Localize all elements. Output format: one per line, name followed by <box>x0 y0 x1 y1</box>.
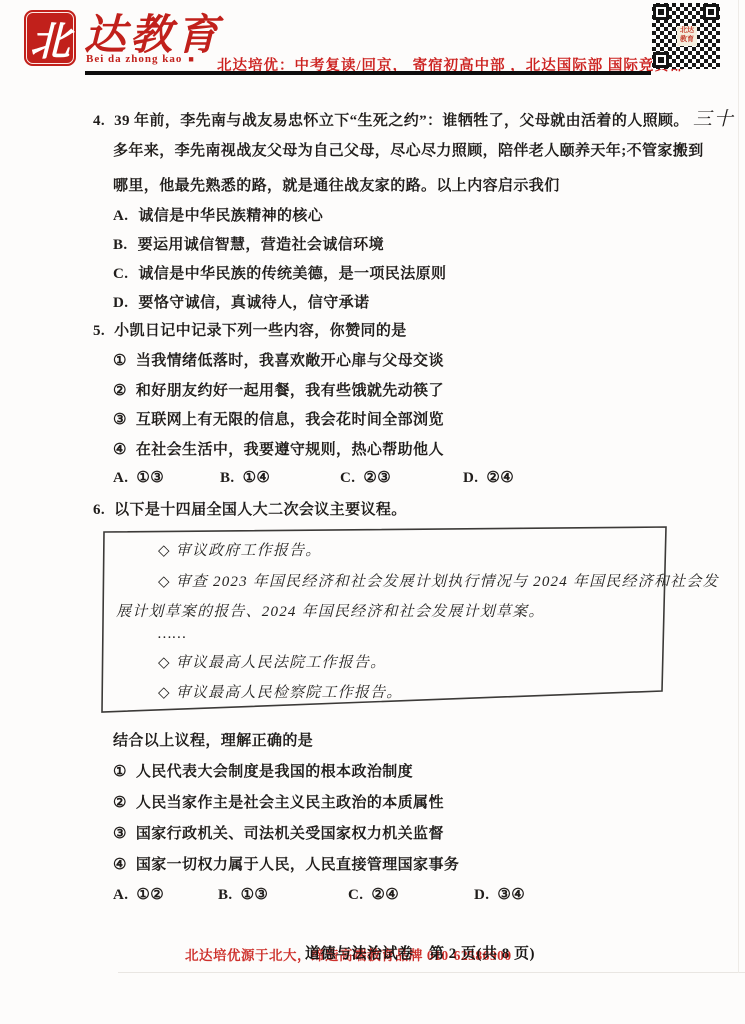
option-text: 要恪守诚信，真诚待人，信守承诺 <box>138 295 369 311</box>
scanned-exam-page: { "colors": { "brand_red": "#c1201b", "t… <box>0 0 745 1024</box>
question-4-stem-line-2: 多年来，李先南视战友父母为自己父母，尽心尽力照顾，陪伴老人颐养天年;不管家搬到 <box>113 139 704 160</box>
answer-choice-d: D.②④ <box>463 468 514 487</box>
circled-number: ③ <box>113 412 127 428</box>
option-label: B. <box>218 887 233 903</box>
circled-number: ④ <box>113 857 127 873</box>
circled-number: ② <box>113 383 127 399</box>
circled-number: ② <box>113 795 127 811</box>
option-text: ①③ <box>241 887 269 903</box>
option-text: 诚信是中华民族的传统美德，是一项民法原则 <box>138 266 446 282</box>
option-text: ①③ <box>136 470 164 486</box>
question-6-item-1: ①人民代表大会制度是我国的根本政治制度 <box>113 760 413 781</box>
agenda-line-4: ◇ 审议最高人民法院工作报告。 <box>158 651 386 672</box>
item-text: 在社会生活中，我要遵守规则，热心帮助他人 <box>136 442 444 458</box>
question-5-item-1: ①当我情绪低落时，我喜欢敞开心扉与父母交谈 <box>113 349 444 370</box>
option-text: ①② <box>136 887 164 903</box>
answer-choice-c: C.②④ <box>348 885 399 904</box>
question-5-item-4: ④在社会生活中，我要遵守规则，热心帮助他人 <box>113 438 444 459</box>
option-label: D. <box>113 295 128 311</box>
qr-center-logo: 北达教育 <box>677 26 697 46</box>
qr-finder-icon <box>653 4 669 20</box>
question-6-answer-row: A.①② B.①③ C.②④ D.③④ <box>113 885 673 907</box>
question-5-answer-row: A.①③ B.①④ C.②③ D.②④ <box>113 468 673 490</box>
option-label: A. <box>113 208 128 224</box>
circled-number: ③ <box>113 826 127 842</box>
question-number: 4. <box>93 113 105 129</box>
item-text: 人民当家作主是社会主义民主政治的本质属性 <box>136 795 444 811</box>
brand-seal-logo: 北 <box>24 10 76 66</box>
agenda-line-1: ◇ 审议政府工作报告。 <box>158 539 322 560</box>
answer-choice-b: B.①④ <box>220 468 270 487</box>
agenda-line-5: ◇ 审议最高人民检察院工作报告。 <box>158 681 403 702</box>
question-5-stem: 5.小凯日记中记录下列一些内容，你赞同的是 <box>93 319 407 340</box>
footer-page-number: 道德与法治试卷 第 2 页(共 8 页) <box>305 942 535 963</box>
stem-text: 小凯日记中记录下列一些内容，你赞同的是 <box>114 323 407 339</box>
question-4-option-b: B.要运用诚信智慧，营造社会诚信环境 <box>113 233 384 254</box>
agenda-box: ◇ 审议政府工作报告。 ◇ 审查 2023 年国民经济和社会发展计划执行情况与 … <box>100 524 669 716</box>
question-4-option-a: A.诚信是中华民族精神的核心 <box>113 204 323 225</box>
scan-edge <box>118 972 745 973</box>
option-label: C. <box>340 470 355 486</box>
item-text: 国家行政机关、司法机关受国家权力机关监督 <box>136 826 444 842</box>
option-text: ②③ <box>363 470 391 486</box>
header-divider <box>85 71 651 75</box>
option-label: A. <box>113 887 128 903</box>
question-6-stem: 6.以下是十四届全国人大二次会议主要议程。 <box>93 498 407 519</box>
item-text: 互联网上有无限的信息，我会花时间全部浏览 <box>136 412 444 428</box>
option-text: 诚信是中华民族精神的核心 <box>138 208 323 224</box>
qr-finder-icon <box>703 4 719 20</box>
circled-number: ① <box>113 764 127 780</box>
question-6-item-2: ②人民当家作主是社会主义民主政治的本质属性 <box>113 791 444 812</box>
option-label: D. <box>474 887 489 903</box>
option-label: A. <box>113 470 128 486</box>
answer-choice-b: B.①③ <box>218 885 268 904</box>
stem-text: 以下是十四届全国人大二次会议主要议程。 <box>114 502 407 518</box>
question-4-stem-line-3: 哪里，他最先熟悉的路，就是通往战友家的路。以上内容启示我们 <box>113 174 560 195</box>
answer-choice-d: D.③④ <box>474 885 525 904</box>
agenda-line-2: ◇ 审查 2023 年国民经济和社会发展计划执行情况与 2024 年国民经济和社… <box>158 570 719 591</box>
question-6-item-4: ④国家一切权力属于人民，人民直接管理国家事务 <box>113 853 459 874</box>
qr-code-icon: 北达教育 <box>652 3 720 69</box>
question-6-item-3: ③国家行政机关、司法机关受国家权力机关监督 <box>113 822 444 843</box>
answer-choice-a: A.①② <box>113 885 164 904</box>
agenda-ellipsis: …… <box>158 626 187 643</box>
question-number: 5. <box>93 323 105 339</box>
option-label: C. <box>113 266 128 282</box>
option-label: C. <box>348 887 363 903</box>
question-6-followup: 结合以上议程，理解正确的是 <box>113 729 313 750</box>
answer-choice-a: A.①③ <box>113 468 164 487</box>
item-text: 人民代表大会制度是我国的根本政治制度 <box>136 764 413 780</box>
circled-number: ④ <box>113 442 127 458</box>
option-text: ②④ <box>371 887 399 903</box>
seal-character: 北 <box>30 10 70 67</box>
question-number: 6. <box>93 502 105 518</box>
item-text: 当我情绪低落时，我喜欢敞开心扉与父母交谈 <box>136 353 444 369</box>
option-text: ②④ <box>486 470 514 486</box>
option-text: ①④ <box>243 470 271 486</box>
brand-subtitle: Bei da zhong kao■ <box>86 53 195 65</box>
item-text: 国家一切权力属于人民，人民直接管理国家事务 <box>136 857 459 873</box>
option-label: B. <box>220 470 235 486</box>
option-text: 要运用诚信智慧，营造社会诚信环境 <box>138 237 384 253</box>
option-label: D. <box>463 470 478 486</box>
answer-choice-c: C.②③ <box>340 468 391 487</box>
item-text: 和好朋友约好一起用餐，我有些饿就先动筷了 <box>136 383 444 399</box>
brand-subtitle-text: Bei da zhong kao <box>86 53 182 65</box>
question-4-option-d: D.要恪守诚信，真诚待人，信守承诺 <box>113 291 369 312</box>
question-5-item-2: ②和好朋友约好一起用餐，我有些饿就先动筷了 <box>113 379 444 400</box>
red-square-icon: ■ <box>188 54 194 64</box>
scan-edge <box>738 0 739 973</box>
question-4-option-c: C.诚信是中华民族的传统美德，是一项民法原则 <box>113 262 446 283</box>
question-4-stem-line-1: 4.39 年前，李先南与战友易忠怀立下“生死之约”：谁牺牲了，父母就由活着的人照… <box>93 104 735 131</box>
qr-finder-icon <box>653 52 669 68</box>
question-5-item-3: ③互联网上有无限的信息，我会花时间全部浏览 <box>113 408 444 429</box>
option-label: B. <box>113 237 128 253</box>
agenda-line-3: 展计划草案的报告、2024 年国民经济和社会发展计划草案。 <box>116 600 545 621</box>
stem-text: 39 年前，李先南与战友易忠怀立下“生死之约”：谁牺牲了，父母就由活着的人照顾。 <box>114 113 689 129</box>
handwritten-text: 三十 <box>693 109 735 130</box>
option-text: ③④ <box>497 887 525 903</box>
circled-number: ① <box>113 353 127 369</box>
